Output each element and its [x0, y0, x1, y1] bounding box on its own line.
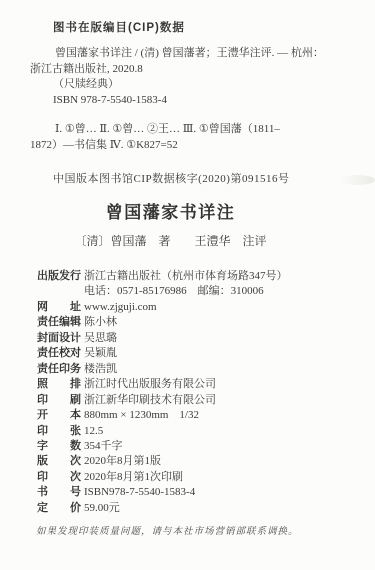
colophon-row-cover-design: 封面设计 吴思璐 [37, 331, 367, 346]
colophon-value: 浙江古籍出版社（杭州市体育场路347号） [84, 269, 288, 284]
colophon-label: 责任编辑 [37, 315, 84, 330]
series-note: （尺牍经典） [53, 77, 357, 93]
colophon-value: 浙江新华印刷技术有限公司 [84, 393, 216, 408]
classification-line-1: Ⅰ. ①曾… Ⅱ. ①曾… ②王… Ⅲ. ①曾国藩（1811– [55, 122, 357, 138]
colophon-value: 2020年8月第1版 [84, 454, 161, 469]
colophon-value: 59.00元 [84, 501, 120, 516]
colophon-list: 出版发行 浙江古籍出版社（杭州市体育场路347号） 电话：0571-851769… [37, 269, 367, 516]
colophon-label: 开 本 [37, 408, 84, 423]
cip-description-line-2: 浙江古籍出版社, 2020.8 [30, 62, 357, 78]
cip-header: 图书在版编目(CIP)数据 [53, 19, 185, 35]
colophon-label: 照 排 [37, 377, 84, 392]
scan-smudge [340, 175, 375, 185]
colophon-value: 880mm × 1230mm 1/32 [84, 408, 199, 423]
colophon-row-typesetting: 照 排 浙江时代出版服务有限公司 [37, 377, 367, 392]
colophon-label: 印 刷 [37, 393, 84, 408]
colophon-value: 陈小林 [84, 315, 117, 330]
colophon-value: 浙江时代出版服务有限公司 [84, 377, 216, 392]
colophon-row-word-count: 字 数 354千字 [37, 439, 367, 454]
colophon-label: 封面设计 [37, 331, 84, 346]
cip-description-line-1: 曾国藩家书详注 / (清) 曾国藩著；王澧华注评. — 杭州： [55, 46, 357, 62]
colophon-value: ISBN978-7-5540-1583-4 [84, 485, 195, 500]
colophon-label: 网 址 [37, 300, 84, 315]
author-byline: 〔清〕曾国藩 著 王澧华 注评 [0, 232, 341, 249]
quality-notice: 如果发现印装质量问题，请与本社市场营销部联系调换。 [36, 523, 299, 537]
colophon-row-sheets: 印 张 12.5 [37, 424, 367, 439]
cip-description-block: 曾国藩家书详注 / (清) 曾国藩著；王澧华注评. — 杭州： 浙江古籍出版社,… [30, 46, 357, 108]
colophon-row-proofreader: 责任校对 吴颖胤 [37, 346, 367, 361]
colophon-value: 电话：0571-85176986 邮编：310006 [84, 284, 264, 299]
colophon-label: 出版发行 [37, 269, 84, 284]
colophon-label: 字 数 [37, 439, 84, 454]
colophon-row-publisher: 出版发行 浙江古籍出版社（杭州市体育场路347号） [37, 269, 367, 284]
colophon-label: 印 次 [37, 470, 84, 485]
colophon-row-price: 定 价 59.00元 [37, 501, 367, 516]
colophon-row-format: 开 本 880mm × 1230mm 1/32 [37, 408, 367, 423]
cip-classification-block: Ⅰ. ①曾… Ⅱ. ①曾… ②王… Ⅲ. ①曾国藩（1811– 1872）—书信… [30, 122, 357, 153]
colophon-row-impression: 印 次 2020年8月第1次印刷 [37, 470, 367, 485]
colophon-row-website: 网 址 www.zjguji.com [37, 300, 367, 315]
title-block: 曾国藩家书详注 〔清〕曾国藩 著 王澧华 注评 [0, 198, 341, 249]
cip-record-number: 中国版本图书馆CIP数据核字(2020)第091516号 [53, 170, 289, 186]
colophon-row-print-supervisor: 责任印务 楼浩凯 [37, 362, 367, 377]
colophon-row-editor: 责任编辑 陈小林 [37, 315, 367, 330]
colophon-value: 吴思璐 [84, 331, 117, 346]
colophon-label: 责任印务 [37, 362, 84, 377]
colophon-row-edition: 版 次 2020年8月第1版 [37, 454, 367, 469]
colophon-value: 吴颖胤 [84, 346, 117, 361]
colophon-label: 版 次 [37, 454, 84, 469]
colophon-label: 书 号 [37, 485, 84, 500]
colophon-value: 楼浩凯 [84, 362, 117, 377]
colophon-value: www.zjguji.com [84, 300, 157, 315]
book-title: 曾国藩家书详注 [0, 198, 341, 223]
colophon-label: 印 张 [37, 424, 84, 439]
colophon-label: 定 价 [37, 501, 84, 516]
colophon-value: 12.5 [84, 424, 103, 439]
copyright-page: 图书在版编目(CIP)数据 曾国藩家书详注 / (清) 曾国藩著；王澧华注评. … [0, 0, 375, 570]
colophon-value: 2020年8月第1次印刷 [84, 470, 183, 485]
colophon-label [37, 284, 84, 299]
colophon-value: 354千字 [84, 439, 123, 454]
colophon-label: 责任校对 [37, 346, 84, 361]
colophon-row-phone: 电话：0571-85176986 邮编：310006 [37, 284, 367, 299]
classification-line-2: 1872）—书信集 Ⅳ. ①K827=52 [30, 138, 357, 154]
colophon-row-isbn: 书 号 ISBN978-7-5540-1583-4 [37, 485, 367, 500]
colophon-row-printing: 印 刷 浙江新华印刷技术有限公司 [37, 393, 367, 408]
isbn-line: ISBN 978-7-5540-1583-4 [53, 93, 357, 109]
